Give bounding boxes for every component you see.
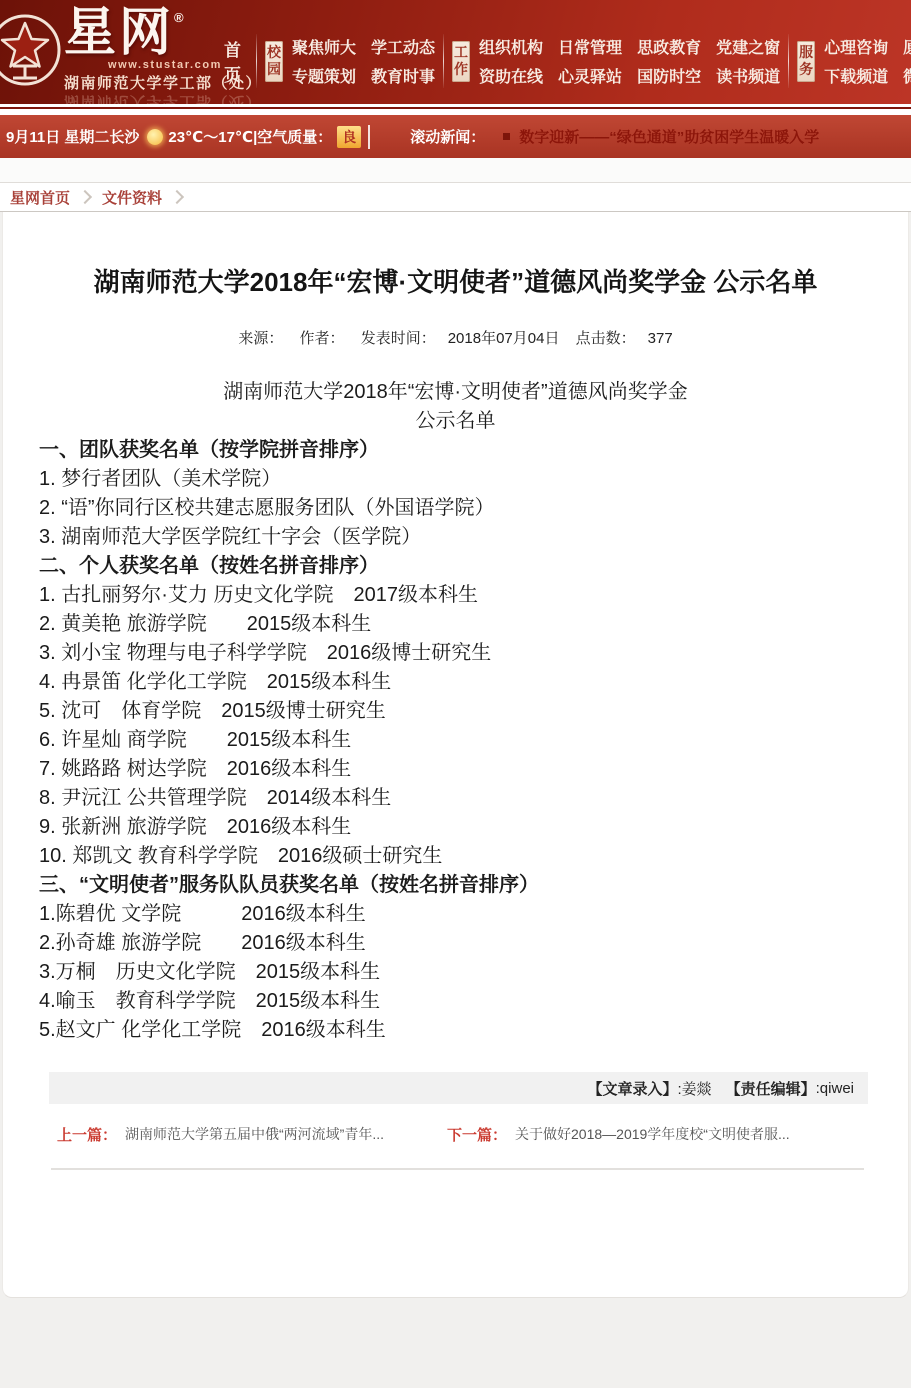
list-item: 5. 沈可 体育学院 2015级博士研究生	[39, 697, 872, 726]
meta-author-label: 作者：	[300, 330, 345, 347]
list-item: 1.陈碧优 文学院 2016级本科生	[39, 900, 872, 929]
nav-group-service: 服务 心理咨询 原创 下载频道 微	[789, 35, 911, 87]
list-item: 3. 刘小宝 物理与电子科学学院 2016级博士研究生	[39, 639, 872, 668]
editor-value: :qiwei	[816, 1080, 854, 1097]
nav-link[interactable]: 资助在线	[479, 64, 543, 87]
ticker-news-link[interactable]: 数字迎新——“绿色通道”助贫困学生温暖入学	[519, 126, 819, 147]
editor-bar: 【文章录入】 :姜燚 【责任编辑】 :qiwei	[49, 1072, 868, 1104]
nav-group-campus: 校园 聚焦师大 学工动态 专题策划 教育时事	[257, 35, 443, 87]
list-item: 4.喻玉 教育科学学院 2015级本科生	[39, 987, 872, 1016]
article-panel: 湖南师范大学2018年“宏博·文明使者”道德风尚奖学金 公示名单 来源： 作者：…	[2, 212, 909, 1298]
list-item: 1. 梦行者团队（美术学院）	[39, 465, 872, 494]
entry-value: :姜燚	[677, 1078, 711, 1099]
list-item: 2. 黄美艳 旅游学院 2015级本科生	[39, 610, 872, 639]
prev-next-nav: 上一篇： 湖南师范大学第五届中俄“两河流域”青年... 下一篇： 关于做好201…	[57, 1124, 868, 1145]
editor-label: 【责任编辑】	[726, 1078, 816, 1099]
meta-time-value: 2018年07月04日	[448, 330, 560, 347]
sun-weather-icon	[147, 129, 163, 145]
article-subtitle-line2: 公示名单	[39, 407, 872, 436]
weather-text: 23℃～17℃|空气质量：	[168, 126, 332, 147]
site-subtitle-reflection: 湖南师范大学学工部（处）	[64, 92, 262, 104]
prev-article: 上一篇： 湖南师范大学第五届中俄“两河流域”青年...	[57, 1124, 447, 1145]
article-subtitle-line1: 湖南师范大学2018年“宏博·文明使者”道德风尚奖学金	[39, 378, 872, 407]
breadcrumb: 星网首页 文件资料	[0, 182, 911, 212]
section-heading: 三、“文明使者”服务队队员获奖名单（按姓名拼音排序）	[39, 871, 872, 900]
ticker-bullet-icon	[503, 133, 510, 140]
list-item: 7. 姚路路 树达学院 2016级本科生	[39, 755, 872, 784]
breadcrumb-section[interactable]: 文件资料	[102, 187, 162, 208]
list-item: 10. 郑凯文 教育科学学院 2016级硕士研究生	[39, 842, 872, 871]
nav-link[interactable]: 下载频道	[824, 64, 888, 87]
meta-hits-label: 点击数：	[576, 330, 636, 347]
spacer	[0, 158, 911, 182]
list-item: 8. 尹沅江 公共管理学院 2014级本科生	[39, 784, 872, 813]
article-title: 湖南师范大学2018年“宏博·文明使者”道德风尚奖学金 公示名单	[3, 212, 908, 299]
nav-link[interactable]: 学工动态	[371, 35, 435, 58]
nav-link[interactable]: 读书频道	[716, 64, 780, 87]
list-item: 2. “语”你同行区校共建志愿服务团队（外国语学院）	[39, 494, 872, 523]
meta-hits-value: 377	[648, 330, 673, 347]
header-separator-stripe	[0, 104, 911, 115]
info-divider	[368, 125, 370, 149]
site-brand: 星网	[64, 6, 174, 61]
meta-source-label: 来源：	[238, 330, 283, 347]
date-city-text: 9月11日 星期二长沙	[6, 126, 139, 147]
nav-link[interactable]: 国防时空	[637, 64, 701, 87]
list-item: 2.孙奇雄 旅游学院 2016级本科生	[39, 929, 872, 958]
nav-group-work: 工作 组织机构 日常管理 思政教育 党建之窗 资助在线 心灵驿站 国防时空 读书…	[444, 35, 788, 87]
section-heading: 二、个人获奖名单（按姓名拼音排序）	[39, 552, 872, 581]
entry-label: 【文章录入】	[587, 1078, 677, 1099]
nav-tab-service[interactable]: 服务	[797, 41, 815, 82]
nav-tab-campus[interactable]: 校园	[265, 41, 283, 82]
next-label: 下一篇：	[447, 1124, 507, 1145]
meta-time-label: 发表时间：	[361, 330, 436, 347]
nav-link[interactable]: 党建之窗	[716, 35, 780, 58]
nav-link[interactable]: 微	[903, 64, 911, 87]
nav-tab-work[interactable]: 工作	[452, 41, 470, 82]
nav-link[interactable]: 日常管理	[558, 35, 622, 58]
nav-home[interactable]: 首页	[216, 36, 256, 86]
prev-article-link[interactable]: 湖南师范大学第五届中俄“两河流域”青年...	[125, 1124, 384, 1145]
site-header: 星网® www.stustar.com 湖南师范大学学工部（处） 湖南师范大学学…	[0, 0, 911, 104]
next-article: 下一篇： 关于做好2018—2019学年度校“文明使者服...	[447, 1124, 790, 1145]
chevron-right-icon	[170, 190, 184, 204]
nav-link[interactable]: 心灵驿站	[558, 64, 622, 87]
star-emblem-logo-icon	[0, 11, 64, 89]
nav-link[interactable]: 教育时事	[371, 64, 435, 87]
nav-link[interactable]: 专题策划	[292, 64, 356, 87]
air-quality-badge: 良	[337, 126, 361, 148]
article-meta: 来源： 作者： 发表时间：2018年07月04日 点击数：377	[3, 327, 908, 348]
article-body: 湖南师范大学2018年“宏博·文明使者”道德风尚奖学金 公示名单 一、团队获奖名…	[39, 378, 872, 1045]
chevron-right-icon	[78, 190, 92, 204]
registered-mark: ®	[174, 10, 184, 25]
breadcrumb-home[interactable]: 星网首页	[10, 187, 70, 208]
list-item: 3. 湖南师范大学医学院红十字会（医学院）	[39, 523, 872, 552]
nav-link[interactable]: 原创	[903, 35, 911, 58]
nav-link[interactable]: 聚焦师大	[292, 35, 356, 58]
nav-link[interactable]: 思政教育	[637, 35, 701, 58]
list-item: 1. 古扎丽努尔·艾力 历史文化学院 2017级本科生	[39, 581, 872, 610]
list-item: 4. 冉景笛 化学化工学院 2015级本科生	[39, 668, 872, 697]
prev-label: 上一篇：	[57, 1124, 117, 1145]
bottom-divider	[51, 1168, 864, 1170]
nav-link[interactable]: 组织机构	[479, 35, 543, 58]
next-article-link[interactable]: 关于做好2018—2019学年度校“文明使者服...	[515, 1124, 790, 1145]
nav-link[interactable]: 心理咨询	[824, 35, 888, 58]
list-item: 6. 许星灿 商学院 2015级本科生	[39, 726, 872, 755]
list-item: 5.赵文广 化学化工学院 2016级本科生	[39, 1016, 872, 1045]
list-item: 9. 张新洲 旅游学院 2016级本科生	[39, 813, 872, 842]
ticker-label: 滚动新闻：	[410, 126, 485, 147]
info-bar: 9月11日 星期二长沙 23℃～17℃|空气质量： 良 滚动新闻： 数字迎新——…	[0, 115, 911, 158]
list-item: 3.万桐 历史文化学院 2015级本科生	[39, 958, 872, 987]
section-heading: 一、团队获奖名单（按学院拼音排序）	[39, 436, 872, 465]
main-nav: 首页 校园 聚焦师大 学工动态 专题策划 教育时事 工作 组织机构 日	[216, 30, 911, 92]
